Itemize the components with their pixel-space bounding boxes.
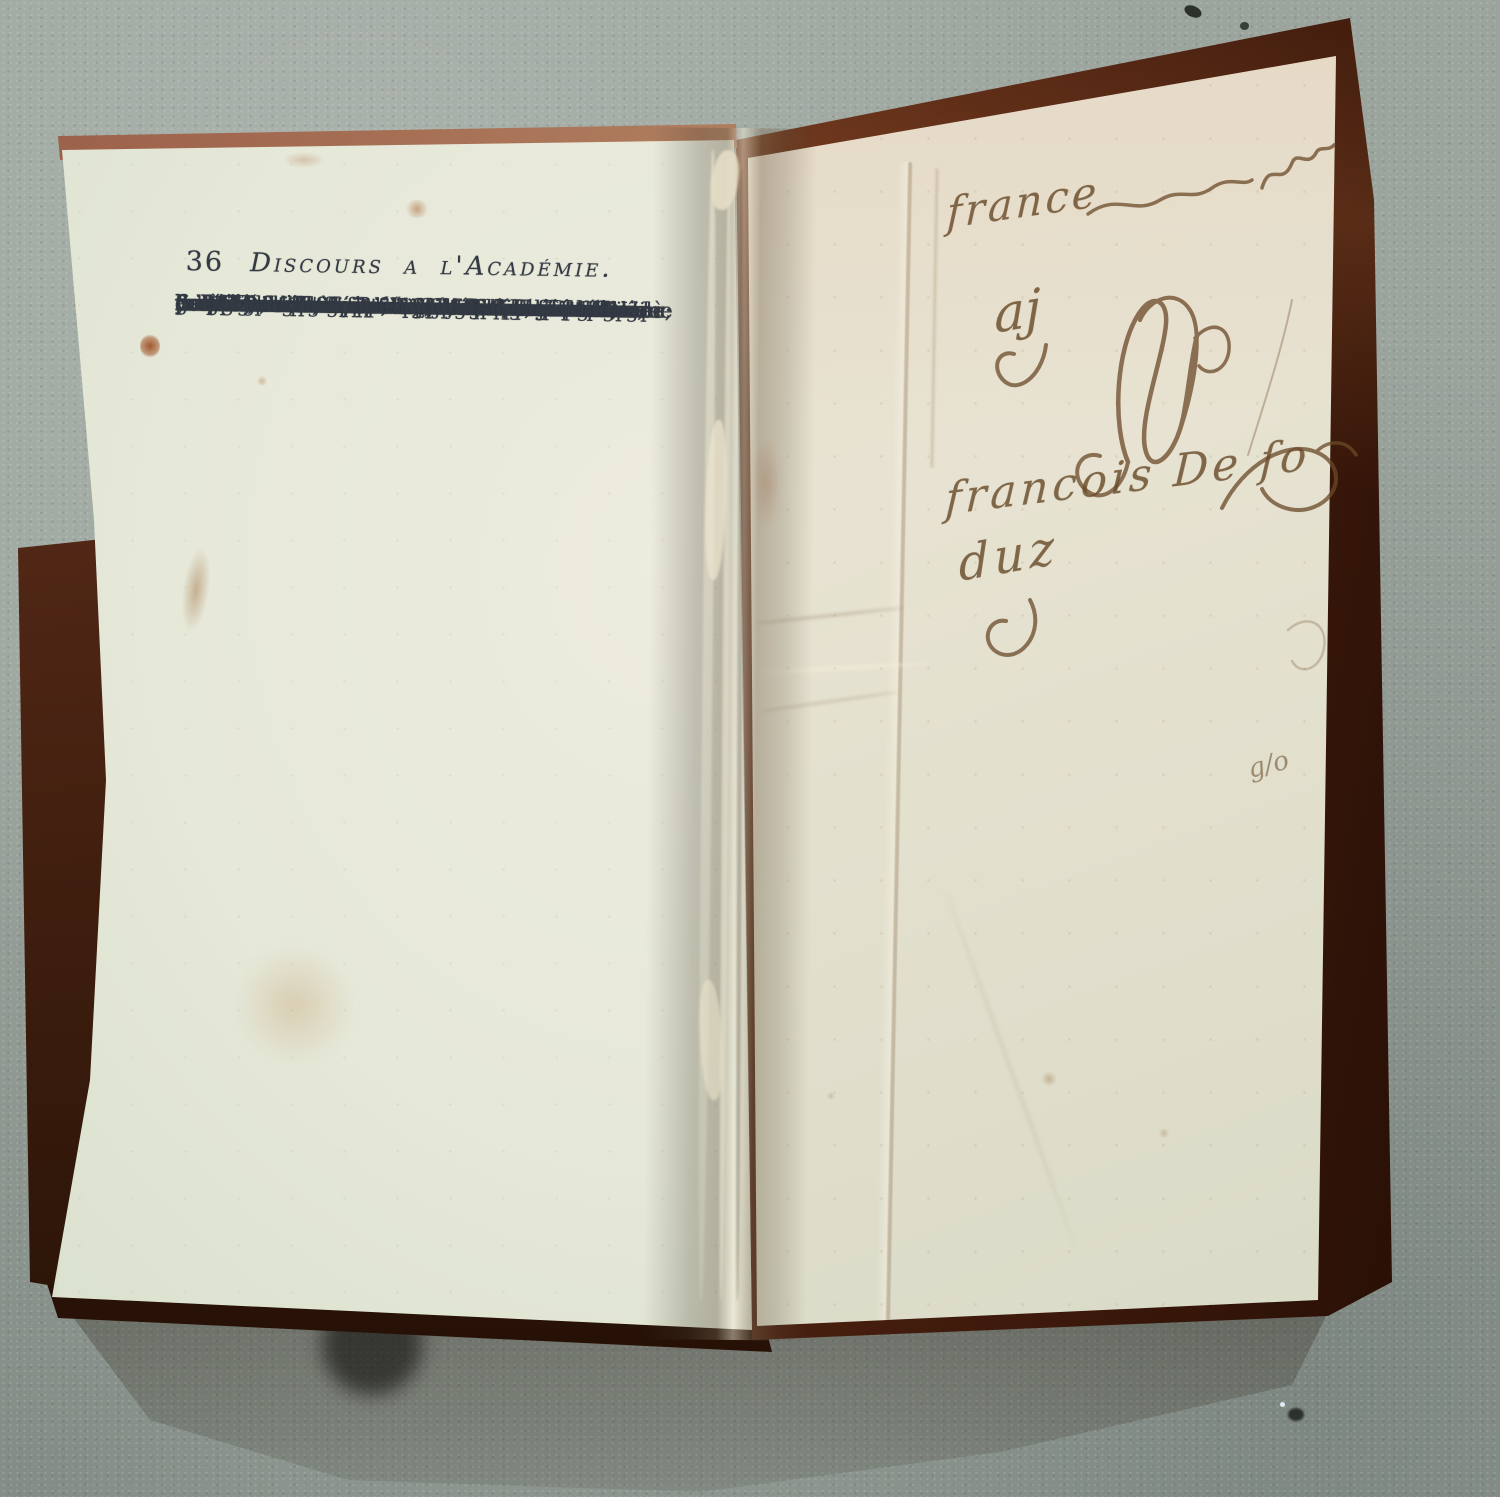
text-line: te vigoureuſe a jetté avec ſurabondance … [175, 289, 638, 325]
text-line: mettre aux priſes avec de grands obſtacl… [175, 289, 644, 325]
text-line: talents perfectionnés. Ainſi lorſqu'une … [175, 289, 640, 325]
text-line: de s'égarer dans ſon eſſor, & qui le con… [175, 289, 640, 325]
text-line: le Public attend que tout y ſera ſubordo… [175, 289, 636, 325]
text-line: ne par la réflexion & par l'étude ; je p… [175, 289, 651, 325]
foxing-stain [256, 376, 268, 386]
foxing-stain [1040, 1072, 1058, 1086]
endpaper-fold-crease [886, 162, 912, 1328]
body-text: miers Ouvrages annonçoient en vous le ge… [175, 289, 680, 297]
endpaper-fold-highlight [875, 162, 909, 1326]
text-line: cadémie a vu avec ſatisfaction ce goût s… [175, 289, 638, 325]
paper-wrinkle [945, 891, 1077, 1249]
background-speck [1280, 1402, 1285, 1407]
text-line: les reſſorts d'une politique ſublime à d… [175, 289, 661, 326]
text-line: miers Ouvrages annonçoient en vous le ge… [175, 289, 645, 325]
foxing-stain [283, 152, 325, 168]
text-line: ce goût ſage & épuré qui empêche le géni… [175, 289, 635, 325]
photo-open-antique-book: 36 Discours a l'Académie. miers Ouvrages… [0, 0, 1500, 1497]
text-line: gueur , ne ſe couvre de fleurs que pour … [175, 289, 646, 325]
text-line: croître en vous par degrés. Et , dans ce… [175, 289, 673, 326]
text-line: per & à faire mouvoir , les mœurs d'une … [175, 289, 648, 325]
text-line: premieres productions , la ſeve ſe calme… [175, 289, 618, 325]
foxing-stain [826, 1092, 836, 1100]
text-line: dans les bornes du naturel & du vrai. L'… [175, 289, 621, 325]
foxing-stain [177, 547, 214, 634]
text-line: donne , il eſt vrai , mais qui ſe perfec… [175, 289, 618, 325]
foxing-stain [140, 334, 160, 358]
text-line: y applaudira comme au chef-d'œuvre de vo… [175, 289, 646, 325]
text-line: ſi déſiré, où marchant ſur les traces de… [175, 289, 665, 326]
printed-text-block: 36 Discours a l'Académie. miers Ouvrages… [175, 246, 681, 297]
text-line: ner autant de fruits. [175, 289, 390, 321]
foxing-stain [236, 946, 354, 1064]
foxing-stain [404, 200, 430, 218]
page-number: 36 [186, 246, 225, 278]
text-line: me de ce talent ſi précieux que la natur… [175, 289, 609, 325]
endpaper-fold-crease [930, 168, 938, 468]
background-speck [1240, 22, 1249, 30]
text-line: & l'arbre conſervant toujours la même vi… [175, 289, 617, 325]
background-speck [1288, 1408, 1304, 1421]
text-line: tion nouvelle à peindre , toutes les fin… [175, 289, 662, 326]
page-header: 36 Discours a l'Académie. [176, 246, 681, 285]
foxing-stain [1158, 1128, 1170, 1138]
text-line: l'art à cacher ſous les traits du génie … [175, 289, 672, 326]
text-line: aux régles du goût , & que la ſévere cri… [175, 289, 648, 325]
ink-inscription-aj: aj [994, 278, 1042, 346]
text-line: & d'Homere , vous avez de grandes paſſio… [175, 289, 666, 326]
running-title: Discours a l'Académie. [250, 248, 613, 284]
